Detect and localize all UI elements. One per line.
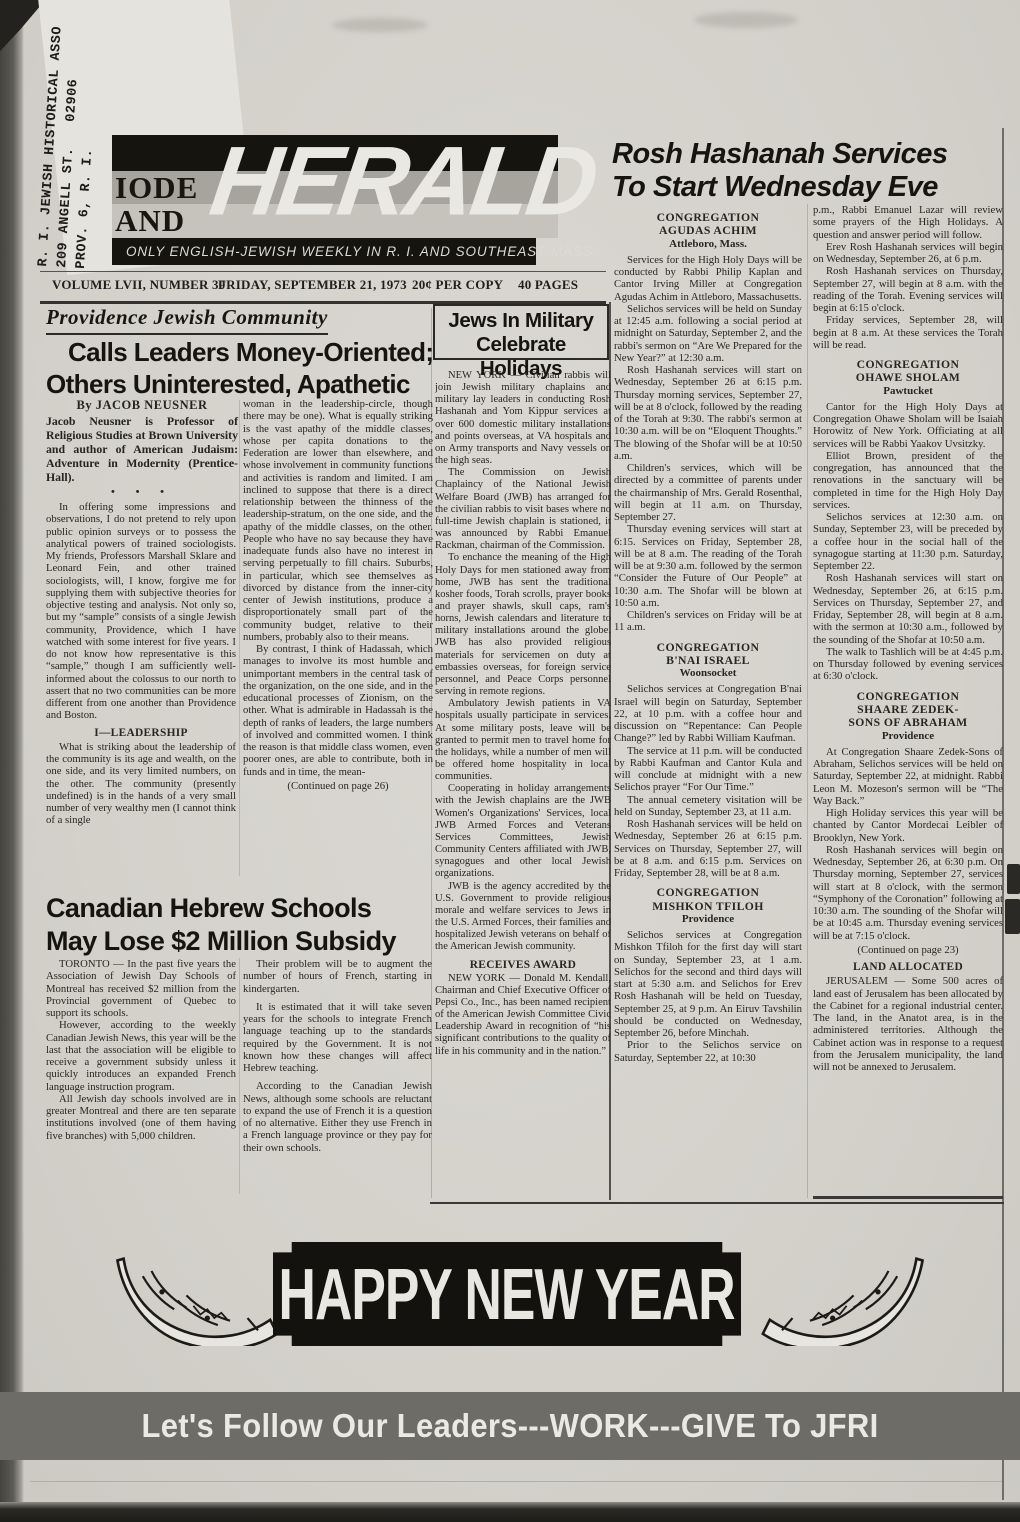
headline-box-jews-in-military: Jews In Military Celebrate Holidays (433, 304, 609, 360)
scan-edge-bottom (0, 1502, 1020, 1522)
article-paragraph: All Jewish day schools involved are in g… (46, 1093, 236, 1142)
article-paragraph: Thursday evening services will start at … (614, 523, 802, 609)
article-paragraph: The annual cemetery visitation will be h… (614, 794, 802, 819)
headline-line: Others Uninterested, Apathetic (46, 369, 440, 401)
congregation-location: Providence (614, 913, 802, 926)
article-paragraph: Prior to the Selichos service on Saturda… (614, 1039, 802, 1064)
article-paragraph: Rosh Hashanah services will begin on Wed… (813, 844, 1003, 942)
neusner-column-2: woman in the leadership-circle, though t… (243, 398, 433, 890)
article-paragraph: Rosh Hashanah services will be held on W… (614, 818, 802, 879)
continued-note: (Continued on page 23) (813, 944, 1003, 956)
kicker-providence-jewish-community: Providence Jewish Community (46, 305, 328, 335)
congregation-heading-line: CONGREGATION (614, 211, 802, 224)
article-paragraph: Selichos services at 12:30 a.m. on Sunda… (813, 511, 1003, 572)
article-paragraph: Ambulatory Jewish patients in VA hospita… (435, 698, 611, 783)
congregation-heading: CONGREGATIONAGUDAS ACHIMAttleboro, Mass. (614, 211, 802, 251)
congregation-heading-line: CONGREGATION (813, 690, 1003, 703)
article-paragraph: JWB is the agency accredited by the U.S.… (435, 881, 611, 954)
scan-edge-left (0, 0, 24, 1522)
congregation-heading-line: AGUDAS ACHIM (614, 224, 802, 237)
article-paragraph: Selichos services will be held on Sunday… (614, 303, 802, 364)
congregation-heading-line: CONGREGATION (813, 358, 1003, 371)
masthead-name-fragment-rhode: IODE (112, 171, 198, 204)
article-paragraph: Erev Rosh Hashanah services will begin o… (813, 241, 1003, 266)
congregation-heading-line: CONGREGATION (614, 641, 802, 654)
article-paragraph: According to the Canadian Jewish News, a… (243, 1080, 432, 1154)
happy-new-year-banner: HAPPY NEW YEAR (105, 1236, 935, 1354)
issue-info-row: VOLUME LVII, NUMBER 30 FRIDAY, SEPTEMBER… (40, 271, 606, 304)
article-paragraph: Children's services, which will be direc… (614, 462, 802, 523)
congregation-heading: CONGREGATIONB'NAI ISRAELWoonsocket (614, 641, 802, 681)
masthead-tagline: ONLY ENGLISH-JEWISH WEEKLY IN R. I. AND … (112, 238, 536, 265)
article-paragraph: Rosh Hashanah services will start on Wed… (813, 572, 1003, 646)
continued-note: (Continued on page 26) (243, 780, 433, 792)
neusner-column-1: In offering some impressions and observa… (46, 501, 236, 879)
congregation-location: Providence (813, 730, 1003, 743)
article-paragraph: NEW YORK — Donald M. Kendall, Chairman a… (435, 973, 611, 1058)
copy-price: 20¢ PER COPY (412, 277, 503, 293)
article-paragraph-continuation: woman in the leadership-circle, though t… (243, 398, 433, 643)
congregation-location: Woonsocket (614, 667, 802, 680)
masthead: IODE AND ONLY ENGLISH-JEWISH WEEKLY IN R… (112, 135, 558, 268)
congregation-heading: CONGREGATIONSHAARE ZEDEK-SONS OF ABRAHAM… (813, 690, 1003, 743)
scan-smudge (332, 18, 428, 32)
column-rule (239, 400, 240, 876)
shofar-icon (107, 1250, 292, 1346)
congregation-heading: CONGREGATIONMISHKON TFILOHProvidence (614, 886, 802, 926)
section-subhead: I—LEADERSHIP (46, 727, 236, 739)
congregation-heading-line: SONS OF ABRAHAM (813, 716, 1003, 729)
jfri-banner: Let's Follow Our Leaders---WORK---GIVE T… (0, 1392, 1020, 1460)
headline-rosh-hashanah-services: Rosh Hashanah Services To Start Wednesda… (612, 138, 1004, 204)
byline-jacob-neusner: By JACOB NEUSNER (46, 398, 238, 413)
article-paragraph: At Congregation Shaare Zedek-Sons of Abr… (813, 746, 1003, 807)
scan-mark (1005, 899, 1020, 934)
services-column-2: p.m., Rabbi Emanuel Lazar will review so… (813, 204, 1003, 1198)
headline-line: Calls Leaders Money-Oriented; (46, 337, 440, 369)
article-paragraph: Cooperating in holiday arrangements with… (435, 783, 611, 880)
congregation-location: Attleboro, Mass. (614, 238, 802, 251)
article-paragraph: JERUSALEM — Some 500 acres of land east … (813, 975, 1003, 1073)
section-rule (430, 1202, 1004, 1204)
canadian-column-1: TORONTO — In the past five years the Ass… (46, 958, 236, 1198)
scan-hairline (30, 1481, 1002, 1482)
scan-smudge (694, 12, 798, 28)
headline-line: May Lose $2 Million Subsidy (46, 925, 440, 958)
article-paragraph: It is estimated that it will take seven … (243, 1001, 432, 1075)
article-paragraph: Rosh Hashanah services on Thursday, Sept… (813, 265, 1003, 314)
article-paragraph: In offering some impressions and observa… (46, 501, 236, 722)
shofar-icon (748, 1250, 933, 1346)
column-rule (239, 958, 240, 1194)
headline-line: Jews In Military (435, 309, 607, 333)
congregation-heading-line: B'NAI ISRAEL (614, 654, 802, 667)
article-paragraph: The service at 11 p.m. will be conducted… (614, 745, 802, 794)
page-count: 40 PAGES (518, 277, 578, 293)
article-paragraph: However, according to the weekly Canadia… (46, 1019, 236, 1093)
article-paragraph: NEW YORK — Civilian rabbis will join Jew… (435, 370, 611, 467)
article-paragraph: By contrast, I think of Hadassah, which … (243, 643, 433, 778)
congregation-location: Pawtucket (813, 385, 1003, 398)
article-paragraph: Friday services, September 28, will begi… (813, 314, 1003, 351)
section-subhead: RECEIVES AWARD (435, 959, 611, 971)
congregation-heading-line: OHAWE SHOLAM (813, 371, 1003, 384)
article-paragraph: To enchance the meaning of the High Holy… (435, 552, 611, 698)
author-bio: Jacob Neusner is Professor of Religious … (46, 414, 238, 484)
issue-date: FRIDAY, SEPTEMBER 21, 1973 (218, 277, 407, 293)
newspaper-page: IODE AND ONLY ENGLISH-JEWISH WEEKLY IN R… (0, 0, 1020, 1522)
military-column: NEW YORK — Civilian rabbis will join Jew… (435, 370, 611, 1194)
headline-neusner: Calls Leaders Money-Oriented; Others Uni… (46, 337, 440, 400)
article-paragraph: Selichos services at Congregation Mishko… (614, 929, 802, 1039)
congregation-heading-line: MISHKON TFILOH (614, 900, 802, 913)
article-paragraph: High Holiday services this year will be … (813, 807, 1003, 844)
column-rule (807, 204, 808, 1198)
article-paragraph: Selichos services at Congregation B'nai … (614, 683, 802, 744)
masthead-title-herald: HERALD (204, 126, 602, 238)
article-paragraph: The walk to Tashlich will be at 4:45 p.m… (813, 646, 1003, 683)
congregation-heading-line: SHAARE ZEDEK- (813, 703, 1003, 716)
congregation-heading: CONGREGATIONOHAWE SHOLAMPawtucket (813, 358, 1003, 398)
article-paragraph: What is striking about the leadership of… (46, 741, 236, 827)
article-paragraph: The Commission on Jewish Chaplaincy of t… (435, 467, 611, 552)
happy-new-year-plaque: HAPPY NEW YEAR (273, 1242, 741, 1346)
masthead-name-fragment-island: AND (112, 204, 185, 237)
article-paragraph: Rosh Hashanah services will start on Wed… (614, 364, 802, 462)
headline-canadian-hebrew-schools: Canadian Hebrew Schools May Lose $2 Mill… (46, 892, 440, 958)
services-column-1: CONGREGATIONAGUDAS ACHIMAttleboro, Mass.… (614, 204, 802, 1200)
headline-line: Rosh Hashanah Services (612, 138, 1004, 171)
article-paragraph: Cantor for the High Holy Days at Congreg… (813, 401, 1003, 450)
congregation-heading-line: CONGREGATION (614, 886, 802, 899)
headline-line: Canadian Hebrew Schools (46, 892, 440, 925)
section-separator: • • • (46, 486, 238, 498)
canadian-column-2: Their problem will be to augment the num… (243, 958, 432, 1198)
scan-mark (1007, 864, 1020, 894)
article-paragraph: Children's services on Friday will be at… (614, 609, 802, 634)
happy-new-year-text: HAPPY NEW YEAR (279, 1252, 735, 1336)
volume-number: VOLUME LVII, NUMBER 30 (52, 277, 225, 293)
article-paragraph: Services for the High Holy Days will be … (614, 254, 802, 303)
jfri-banner-text: Let's Follow Our Leaders---WORK---GIVE T… (141, 1407, 878, 1446)
article-paragraph: Their problem will be to augment the num… (243, 958, 432, 995)
article-paragraph: TORONTO — In the past five years the Ass… (46, 958, 236, 1019)
article-paragraph-continuation: p.m., Rabbi Emanuel Lazar will review so… (813, 204, 1003, 241)
headline-line: To Start Wednesday Eve (612, 171, 1004, 204)
section-subhead: LAND ALLOCATED (813, 961, 1003, 973)
article-paragraph: Elliot Brown, president of the congregat… (813, 450, 1003, 511)
